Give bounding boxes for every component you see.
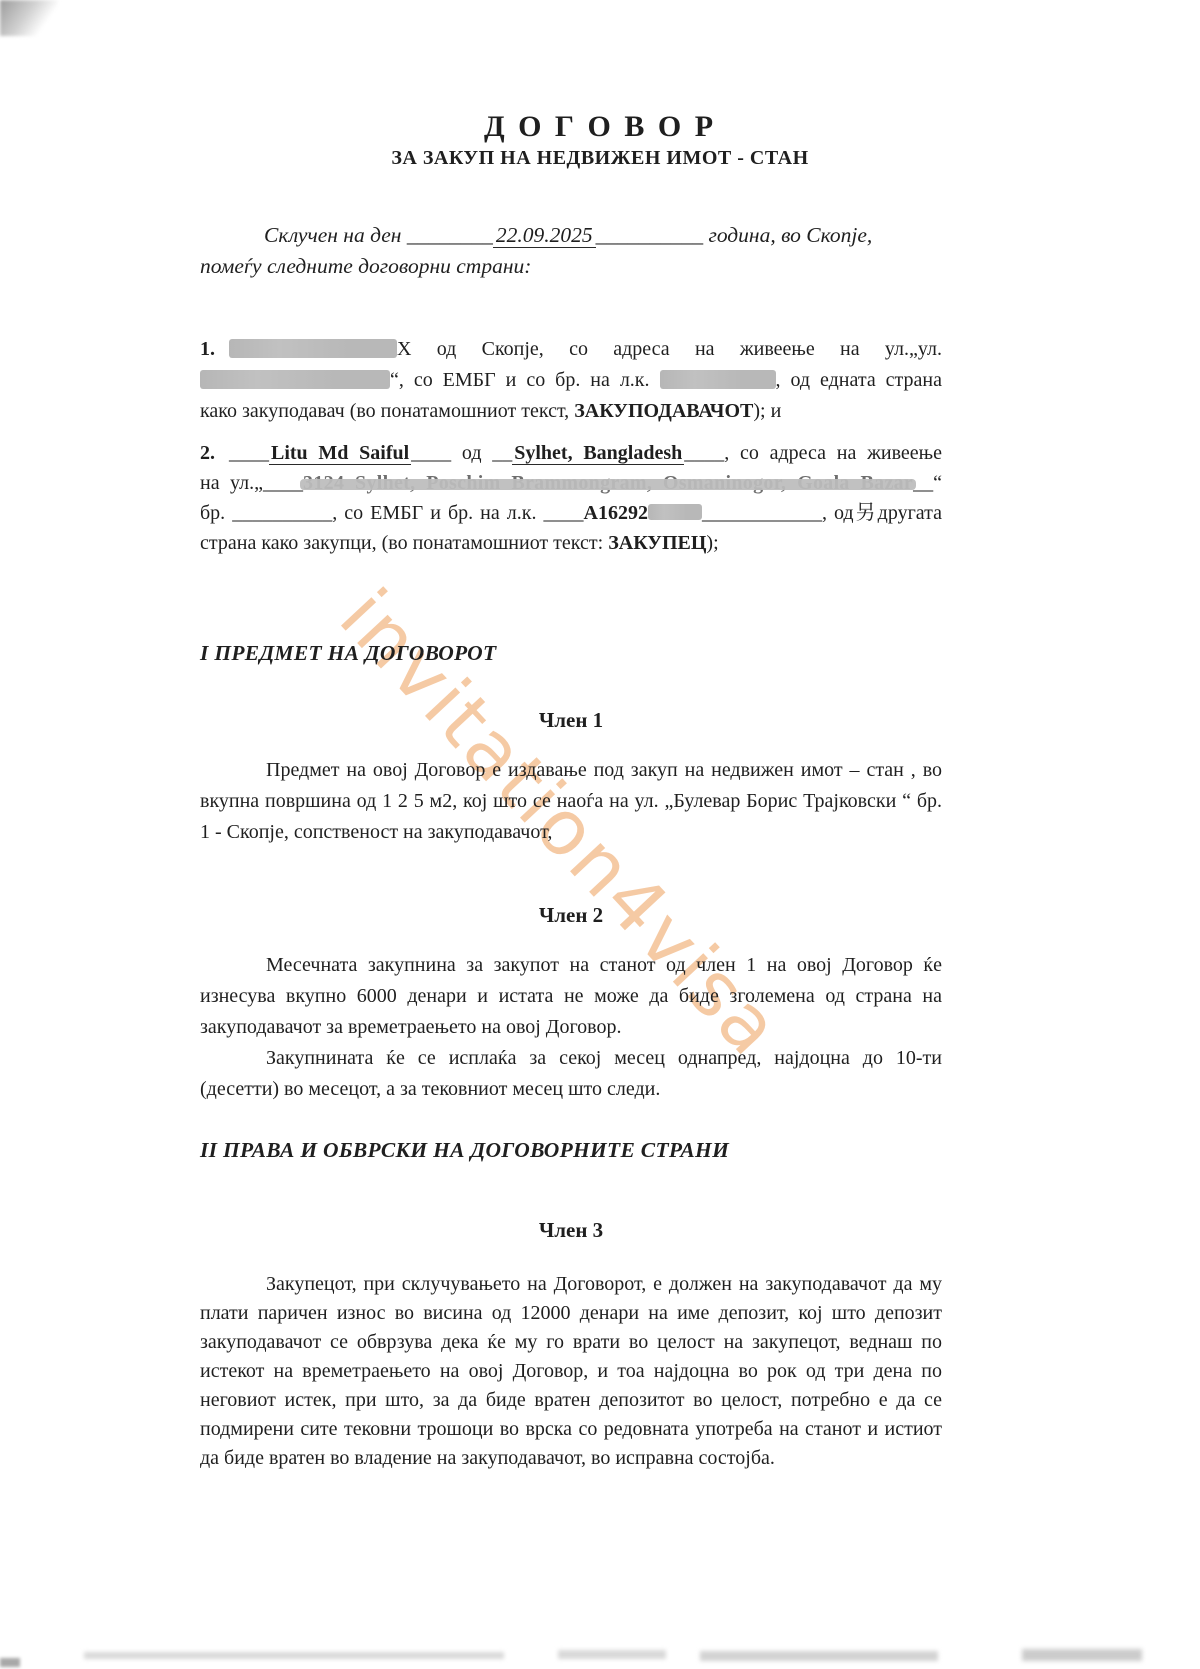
scan-artifact-bottom-3	[700, 1651, 938, 1661]
scan-artifact-corner	[0, 0, 58, 36]
party2-line4-text: страна како закупци, (во понатамошниот т…	[200, 532, 603, 554]
redaction-box-landlord-id	[660, 370, 776, 389]
article-2-title: Член 2	[200, 903, 942, 928]
tenant-name: Litu Md Saiful	[269, 442, 411, 465]
document-page: invitation4visa Д О Г О В О Р ЗА ЗАКУП Н…	[0, 0, 1200, 1669]
tenant-origin: Sylhet, Bangladesh	[512, 442, 684, 465]
party2-line3-mid: , со ЕМБГ и бр. на л.к.	[332, 502, 536, 524]
party2-line-2: на ул.„____3124 Sylhet, Poschim Brammong…	[200, 468, 942, 498]
party2-line-4: страна како закупци, (во понатамошниот т…	[200, 528, 942, 558]
article-3-body: Закупецот, при склучувањето на Договорот…	[200, 1270, 942, 1473]
section-2-heading: II ПРАВА И ОБВРСКИ НА ДОГОВОРНИТЕ СТРАНИ	[200, 1138, 942, 1163]
party1-paragraph: 1.Х од Скопје, со адреса на живеење на у…	[200, 334, 942, 427]
section-1-heading: I ПРЕДМЕТ НА ДОГОВОРОТ	[200, 641, 942, 666]
party2-line2-prefix: на ул.„	[200, 472, 263, 494]
redaction-box-landlord-street	[200, 370, 390, 389]
party2-line-1: 2.____Litu Md Saiful____ од __Sylhet, Ba…	[200, 438, 942, 468]
tenant-term: ЗАКУПЕЦ	[608, 532, 706, 554]
article-2-body: Месечната закупнина за закупот на станот…	[200, 950, 942, 1105]
party1-line1-text: Х од Скопје, со адреса на живеење на ул.…	[397, 338, 942, 360]
redaction-box-tenant-id-suffix	[648, 504, 702, 520]
party2-paragraph: 2.____Litu Md Saiful____ од __Sylhet, Ba…	[200, 438, 942, 558]
tenant-id-number: А16292	[584, 502, 648, 524]
party1-line2-text-2: , од едната страна	[776, 369, 943, 391]
contract-date: 22.09.2025	[493, 223, 596, 248]
party1-line-2: “, со ЕМБГ и со бр. на л.к. , од едната …	[200, 365, 942, 396]
scan-artifact-bottom-2	[558, 1650, 666, 1659]
party1-line-1: 1.Х од Скопје, со адреса на живеење на у…	[200, 334, 942, 365]
party1-line2-text-1: “, со ЕМБГ и со бр. на л.к.	[390, 369, 650, 391]
intro-line-2: помеѓу следните договорни страни:	[200, 251, 942, 282]
article-3-title: Член 3	[200, 1218, 942, 1243]
party2-line-3: бр. __________, со ЕМБГ и бр. на л.к. __…	[200, 498, 942, 528]
scan-artifact-bottom-4	[1022, 1649, 1142, 1661]
blank-underscores: ________	[407, 223, 493, 247]
article-2-paragraph-1: Месечната закупнина за закупот на станот…	[200, 950, 942, 1043]
blank-underscores: ____	[263, 472, 303, 494]
article-1-title: Член 1	[200, 708, 942, 733]
article-1-body: Предмет на овој Договор е издавање под з…	[200, 755, 942, 848]
blank-underscores: ____	[229, 442, 269, 464]
blank-underscores: ____	[544, 502, 584, 524]
party1-number: 1.	[200, 338, 215, 360]
blank-underscores: __	[492, 442, 512, 464]
party2-line3-label: бр.	[200, 502, 225, 524]
scan-artifact-bottom-1	[84, 1652, 504, 1659]
party1-line3-text: како закуподавач (во понатамошниот текст…	[200, 400, 569, 422]
blank-underscores: __________	[596, 223, 704, 247]
intro-paragraph: Склучен на ден ________22.09.2025_______…	[200, 220, 942, 282]
doc-title: Д О Г О В О Р	[0, 110, 1200, 144]
blank-underscores: ____	[684, 442, 724, 464]
intro-suffix: година, во Скопје,	[708, 223, 872, 247]
blank-underscores: ____________	[702, 502, 822, 524]
blank-underscores: ____	[411, 442, 451, 464]
party2-line4-end: );	[706, 532, 718, 554]
party1-line3-end: ); и	[753, 400, 781, 422]
party1-line-3: како закуподавач (во понатамошниот текст…	[200, 396, 942, 427]
blank-underscores: __________	[232, 502, 332, 524]
party2-line1-end: , со адреса на живеење	[724, 442, 942, 464]
article-2-paragraph-2: Закупнината ќе се исплаќа за секој месец…	[200, 1043, 942, 1105]
party2-od: од	[462, 442, 482, 464]
doc-subtitle: ЗА ЗАКУП НА НЕДВИЖЕН ИМОТ - СТАН	[0, 147, 1200, 170]
tenant-address-redacted: 3124 Sylhet, Poschim Brammongram, Osmani…	[303, 472, 913, 494]
intro-prefix: Склучен на ден	[264, 223, 401, 247]
redaction-box-landlord-name	[229, 339, 397, 358]
landlord-term: ЗАКУПОДАВАЧОТ	[574, 400, 753, 422]
party2-line3-end: , од另другата	[822, 502, 942, 524]
party2-number: 2.	[200, 442, 215, 464]
intro-line-1: Склучен на ден ________22.09.2025_______…	[200, 220, 942, 251]
party2-line2-end: __“	[913, 472, 942, 494]
scan-artifact-bottom-5	[0, 1658, 20, 1667]
